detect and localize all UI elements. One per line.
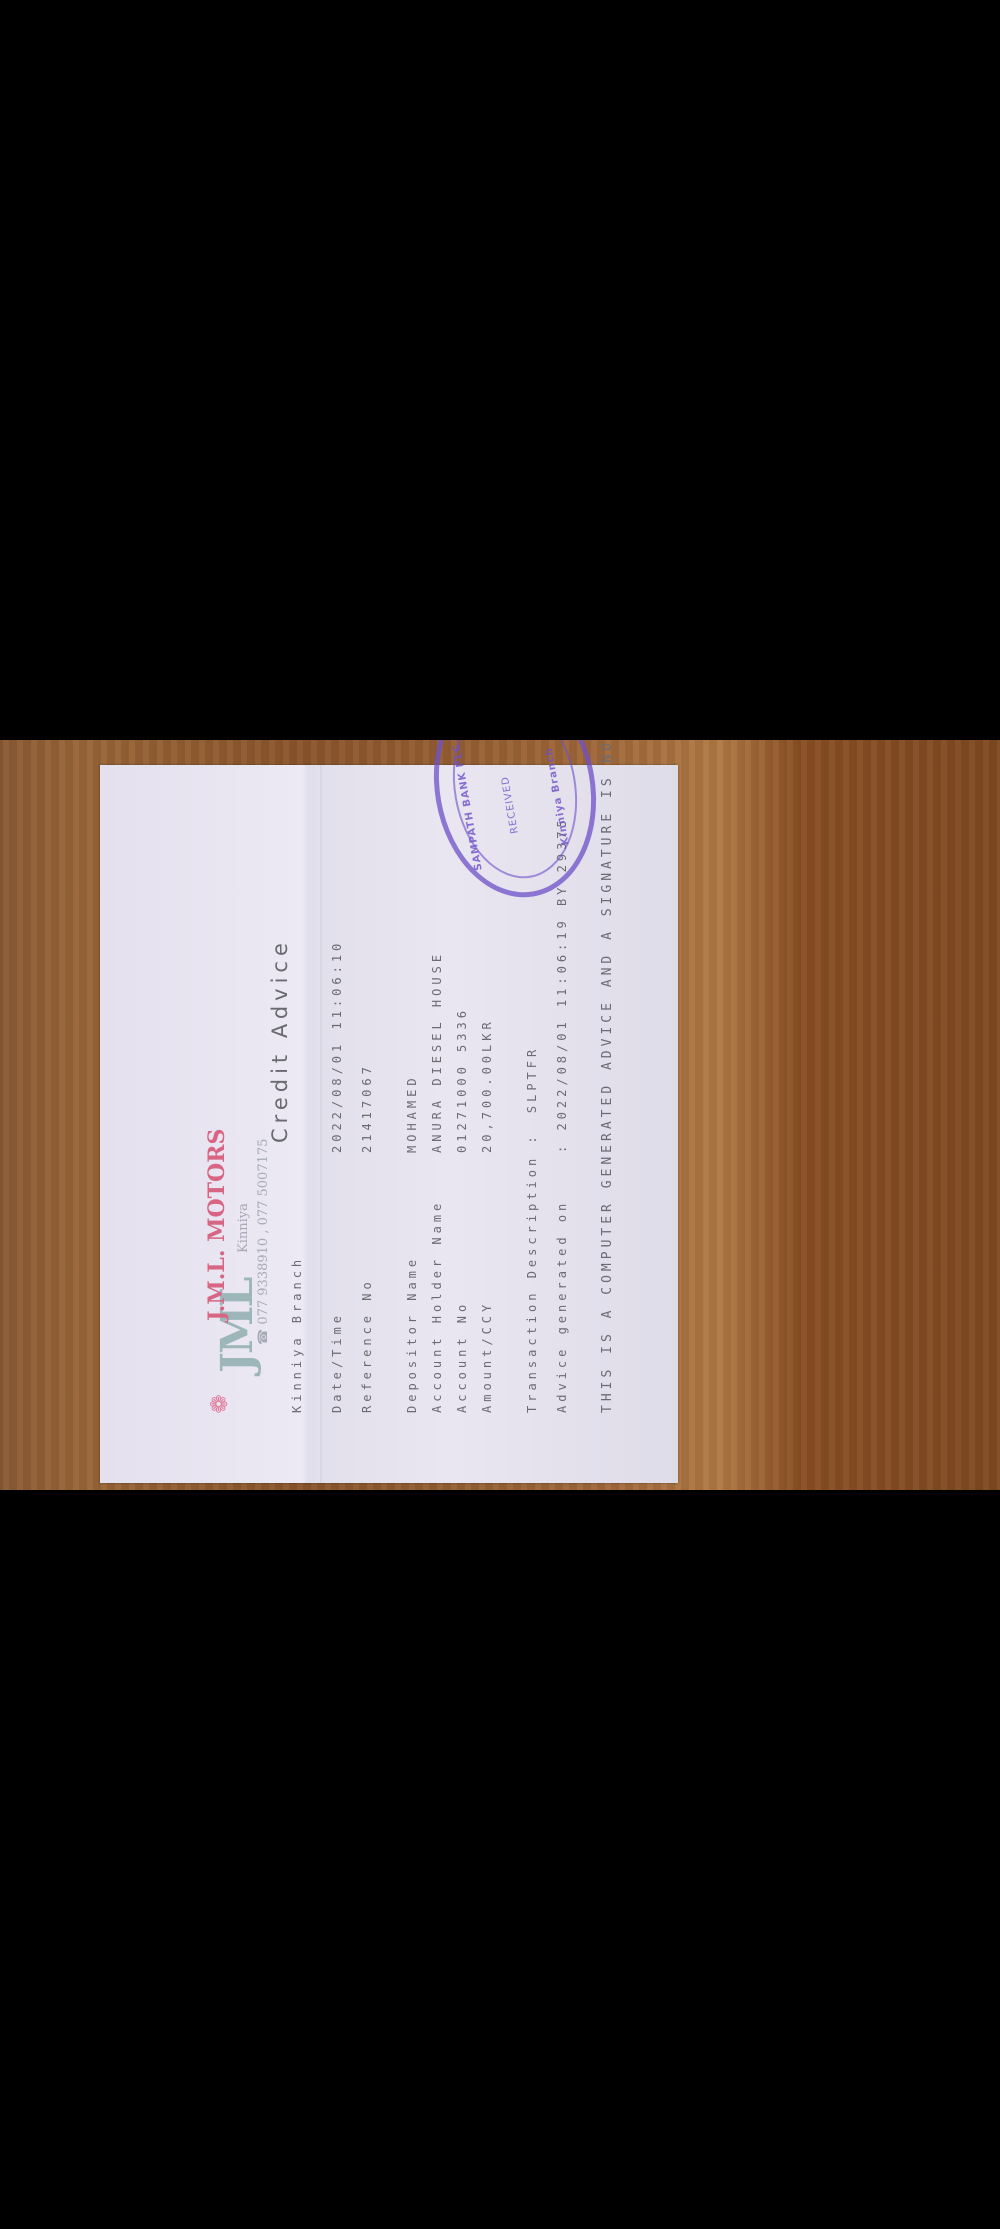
field-row: Amount/CCY 20,700.00LKR xyxy=(480,1173,494,1413)
field-row: Date/Time 2022/08/01 11:06:10 xyxy=(330,1173,344,1413)
disclaimer: THIS IS A COMPUTER GENERATED ADVICE AND … xyxy=(600,740,615,1413)
field-value: ANURA DIESEL HOUSE xyxy=(430,951,444,1153)
bank-stamp: SAMPATH BANK PLC COMPANY No PQ 144 RECEI… xyxy=(417,740,613,910)
branch-line: Kinniya Branch xyxy=(290,1256,304,1413)
field-label: Amount/CCY xyxy=(480,1173,494,1413)
slip-content: ❁ JML J.M.L. MOTORS Kinniya ☎ 077 933891… xyxy=(100,765,678,1483)
field-label: Account Holder Name xyxy=(430,1173,444,1413)
field-row: Reference No 21417067 xyxy=(360,1173,374,1413)
field-row: Account No 01271000 5336 xyxy=(455,1173,469,1413)
field-label: Date/Time xyxy=(330,1173,344,1413)
field-row: Advice generated on : 2022/08/01 11:06:1… xyxy=(555,1173,569,1413)
field-value: 2022/08/01 11:06:10 xyxy=(330,940,344,1153)
field-label: Transaction Description xyxy=(525,1155,539,1413)
photo: ❁ JML J.M.L. MOTORS Kinniya ☎ 077 933891… xyxy=(0,740,1000,1490)
field-label: Depositor Name xyxy=(405,1173,419,1413)
field-value: 20,700.00LKR xyxy=(480,1018,494,1153)
field-row: Account Holder Name ANURA DIESEL HOUSE xyxy=(430,1173,444,1413)
field-label: Account No xyxy=(455,1173,469,1413)
field-value: 21417067 xyxy=(360,1063,374,1153)
document-title: Credit Advice xyxy=(268,938,292,1143)
branch-name: Kinniya Branch xyxy=(290,1256,304,1413)
motorcycle-logo-icon: ❁ xyxy=(200,1395,235,1413)
business-name: J.M.L. MOTORS xyxy=(204,1129,230,1321)
field-value: SLPTFR xyxy=(525,1046,539,1113)
field-label: Advice generated on xyxy=(555,1173,569,1413)
business-town: Kinniya xyxy=(236,1203,251,1253)
business-phones: ☎ 077 9338910 , 077 5007175 xyxy=(256,1139,271,1345)
credit-advice-slip: ❁ JML J.M.L. MOTORS Kinniya ☎ 077 933891… xyxy=(100,765,678,1483)
field-value: MOHAMED xyxy=(405,1074,419,1153)
field-label: Reference No xyxy=(360,1173,374,1413)
field-row: Depositor Name MOHAMED xyxy=(405,1173,419,1413)
field-row: Transaction Description : SLPTFR xyxy=(525,1046,539,1413)
field-value: 01271000 5336 xyxy=(455,1007,469,1153)
phone-numbers: 077 9338910 , 077 5007175 xyxy=(256,1139,271,1325)
